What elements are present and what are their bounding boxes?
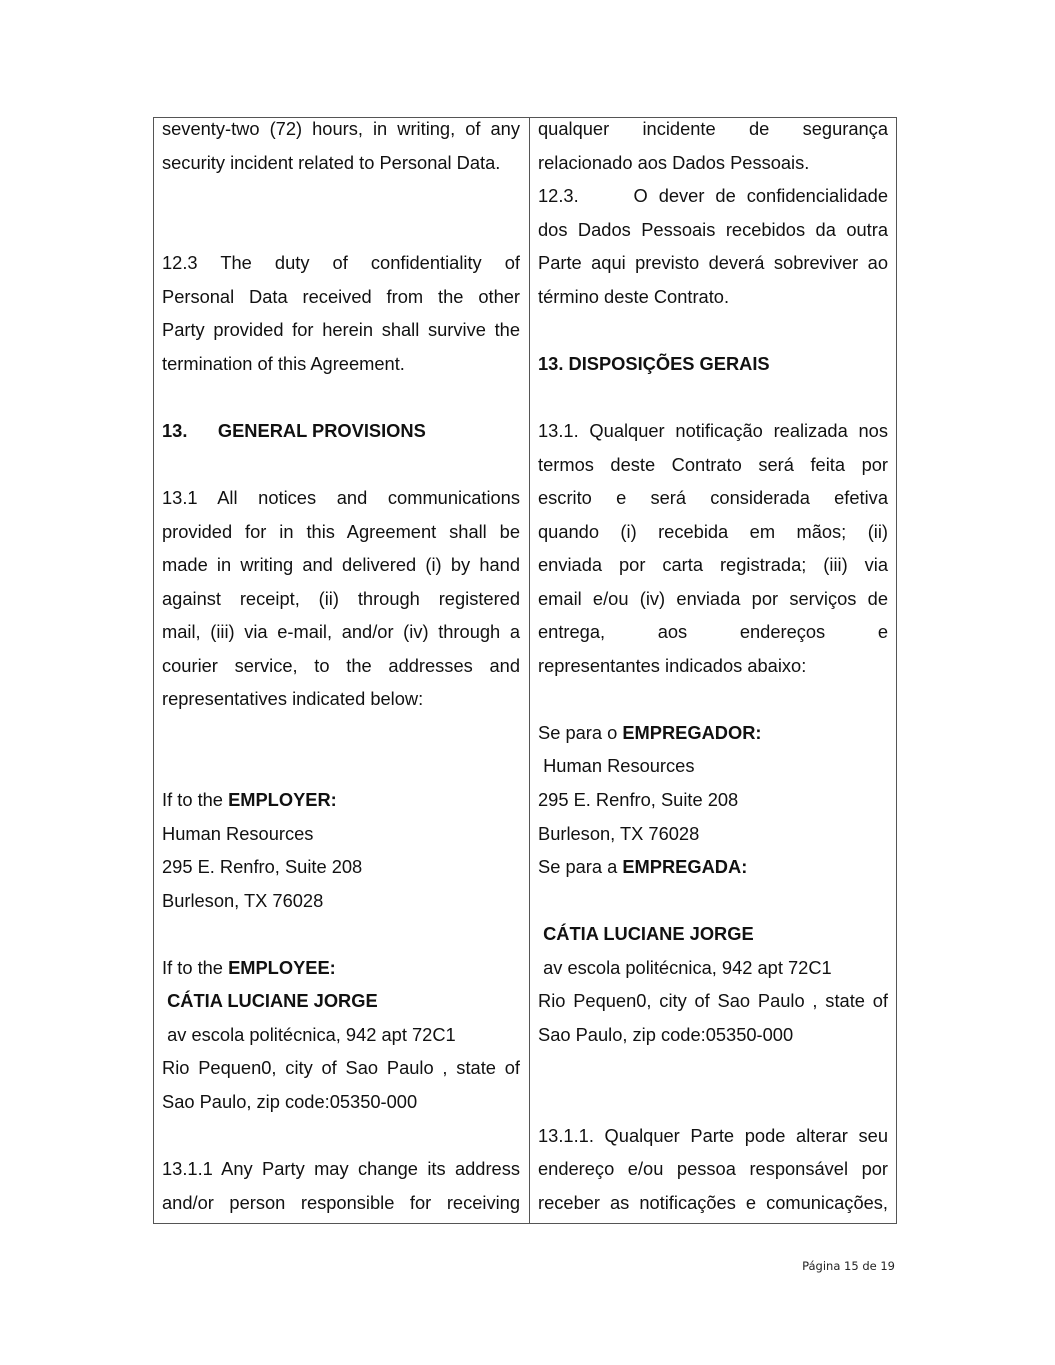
text-line: 13.1 All notices and communications [162, 486, 520, 510]
text-line: CÁTIA LUCIANE JORGE [538, 922, 888, 946]
text-line: 295 E. Renfro, Suite 208 [162, 855, 520, 879]
blank-line [162, 1124, 520, 1148]
text-line: Burleson, TX 76028 [538, 822, 888, 846]
text-line: Se para o EMPREGADOR: [538, 721, 888, 745]
text-line: Sao Paulo, zip code:05350-000 [162, 1090, 520, 1114]
text-line: Party provided for herein shall survive … [162, 318, 520, 342]
blank-line [538, 1056, 888, 1080]
text-line: If to the EMPLOYER: [162, 788, 520, 812]
text-line: courier service, to the addresses and [162, 654, 520, 678]
party-label: EMPLOYER: [228, 789, 337, 810]
text-line: made in writing and delivered (i) by han… [162, 553, 520, 577]
blank-line [162, 218, 520, 242]
blank-line [162, 453, 520, 477]
page-number: Página 15 de 19 [700, 1259, 895, 1273]
text-line: enviada por carta registrada; (iii) via [538, 553, 888, 577]
blank-line [162, 754, 520, 778]
text-line: Sao Paulo, zip code:05350-000 [538, 1023, 888, 1047]
text-line: relacionado aos Dados Pessoais. [538, 151, 888, 175]
blank-line [538, 385, 888, 409]
text-line: av escola politécnica, 942 apt 72C1 [162, 1023, 520, 1047]
text-line: against receipt, (ii) through registered [162, 587, 520, 611]
text-line: 13.1.1. Qualquer Parte pode alterar seu [538, 1124, 888, 1148]
text-line: representatives indicated below: [162, 687, 520, 711]
text-line: término deste Contrato. [538, 285, 888, 309]
text-line: CÁTIA LUCIANE JORGE [162, 989, 520, 1013]
text-line: Human Resources [162, 822, 520, 846]
text-line: entrega, aos endereços e [538, 620, 888, 644]
text-line: 13.1. Qualquer notificação realizada nos [538, 419, 888, 443]
text-line: Rio Pequen0, city of Sao Paulo , state o… [162, 1056, 520, 1080]
text-line: provided for in this Agreement shall be [162, 520, 520, 544]
text-line: 12.3. O dever de confidencialidade [538, 184, 888, 208]
text-line: Human Resources [538, 754, 888, 778]
text-line: seventy-two (72) hours, in writing, of a… [162, 117, 520, 141]
party-label: EMPREGADOR: [622, 722, 761, 743]
line-prefix: If to the [162, 789, 228, 810]
text-line: termos deste Contrato será feita por [538, 453, 888, 477]
text-line: termination of this Agreement. [162, 352, 520, 376]
line-prefix: Se para o [538, 722, 622, 743]
blank-line [162, 184, 520, 208]
column-divider [529, 117, 530, 1224]
text-line: qualquer incidente de segurança [538, 117, 888, 141]
text-line: Se para a EMPREGADA: [538, 855, 888, 879]
blank-line [162, 721, 520, 745]
text-line: 295 E. Renfro, Suite 208 [538, 788, 888, 812]
text-line: Personal Data received from the other [162, 285, 520, 309]
text-line: 13. GENERAL PROVISIONS [162, 419, 520, 443]
text-line: endereço e/ou pessoa responsável por [538, 1157, 888, 1181]
text-line: security incident related to Personal Da… [162, 151, 520, 175]
text-line: representantes indicados abaixo: [538, 654, 888, 678]
blank-line [162, 922, 520, 946]
blank-line [162, 385, 520, 409]
text-line: dos Dados Pessoais recebidos da outra [538, 218, 888, 242]
text-line: mail, (iii) via e-mail, and/or (iv) thro… [162, 620, 520, 644]
text-line: Rio Pequen0, city of Sao Paulo , state o… [538, 989, 888, 1013]
text-line: 13.1.1 Any Party may change its address [162, 1157, 520, 1181]
blank-line [538, 1090, 888, 1114]
text-line: Burleson, TX 76028 [162, 889, 520, 913]
text-line: 13. DISPOSIÇÕES GERAIS [538, 352, 888, 376]
text-line: quando (i) recebida em mãos; (ii) [538, 520, 888, 544]
text-line: email e/ou (iv) enviada por serviços de [538, 587, 888, 611]
line-prefix: Se para a [538, 856, 622, 877]
text-line: av escola politécnica, 942 apt 72C1 [538, 956, 888, 980]
blank-line [538, 889, 888, 913]
text-line: receber as notificações e comunicações, [538, 1191, 888, 1215]
blank-line [538, 318, 888, 342]
text-line: escrito e será considerada efetiva [538, 486, 888, 510]
text-line: If to the EMPLOYEE: [162, 956, 520, 980]
party-label: EMPREGADA: [622, 856, 747, 877]
text-line: 12.3 The duty of confidentiality of [162, 251, 520, 275]
text-line: Parte aqui previsto deverá sobreviver ao [538, 251, 888, 275]
blank-line [538, 687, 888, 711]
text-line: and/or person responsible for receiving [162, 1191, 520, 1215]
line-prefix: If to the [162, 957, 228, 978]
party-label: EMPLOYEE: [228, 957, 336, 978]
